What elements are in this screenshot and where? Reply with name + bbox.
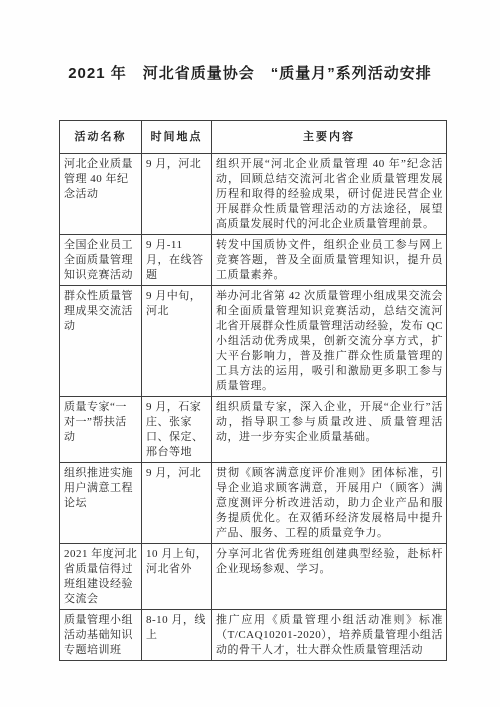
main-content-cell: 分享河北省优秀班组创建典型经验，赴标杆企业现场参观、学习。 (212, 544, 447, 610)
table-row: 质量专家“一对一”帮扶活动 9 月，石家庄、张家口、保定、邢台等地 组织质量专家… (60, 397, 447, 463)
activities-table: 活动名称 时间地点 主要内容 河北企业质量管理 40 年纪念活动 9 月，河北 … (59, 120, 447, 661)
main-content-cell: 举办河北省第 42 次质量管理小组成果交流会和全面质量管理知识竞赛活动，总结交流… (212, 286, 447, 397)
table-row: 河北企业质量管理 40 年纪念活动 9 月，河北 组织开展“河北企业质量管理 4… (60, 154, 447, 235)
time-place-cell: 9 月，石家庄、张家口、保定、邢台等地 (142, 397, 212, 463)
time-place-cell: 8-10 月，线上 (142, 610, 212, 661)
table-header-row: 活动名称 时间地点 主要内容 (60, 121, 447, 154)
column-header-main-content: 主要内容 (212, 121, 447, 154)
table-row: 组织推进实施用户满意工程论坛 9 月，河北 贯彻《顾客满意度评价准则》团体标准，… (60, 463, 447, 544)
column-header-activity-name: 活动名称 (60, 121, 142, 154)
time-place-cell: 9 月中旬，河北 (142, 286, 212, 397)
table-row: 全国企业员工全面质量管理知识竞赛活动 9 月-11 月，在线答题 转发中国质协文… (60, 235, 447, 286)
table-row: 质量管理小组活动基础知识专题培训班 8-10 月，线上 推广应用《质量管理小组活… (60, 610, 447, 661)
activity-name-cell: 群众性质量管理成果交流活动 (60, 286, 142, 397)
table-row: 2021 年度河北省质量信得过班组建设经验交流会 10 月上旬，河北省外 分享河… (60, 544, 447, 610)
activity-name-cell: 组织推进实施用户满意工程论坛 (60, 463, 142, 544)
main-content-cell: 组织质量专家，深入企业，开展“企业行”活动，指导职工参与质量改进、质量管理活动，… (212, 397, 447, 463)
activity-name-cell: 2021 年度河北省质量信得过班组建设经验交流会 (60, 544, 142, 610)
time-place-cell: 9 月-11 月，在线答题 (142, 235, 212, 286)
main-content-cell: 转发中国质协文件，组织企业员工参与网上竞赛答题，普及全面质量管理知识，提升员工质… (212, 235, 447, 286)
activity-name-cell: 质量专家“一对一”帮扶活动 (60, 397, 142, 463)
activity-name-cell: 全国企业员工全面质量管理知识竞赛活动 (60, 235, 142, 286)
main-content-cell: 推广应用《质量管理小组活动准则》标准（T/CAQ10201-2020），培养质量… (212, 610, 447, 661)
activity-name-cell: 河北企业质量管理 40 年纪念活动 (60, 154, 142, 235)
main-content-cell: 组织开展“河北企业质量管理 40 年”纪念活动，回顾总结交流河北省企业质量管理发… (212, 154, 447, 235)
activity-name-cell: 质量管理小组活动基础知识专题培训班 (60, 610, 142, 661)
time-place-cell: 10 月上旬，河北省外 (142, 544, 212, 610)
main-content-cell: 贯彻《顾客满意度评价准则》团体标准，引导企业追求顾客满意，开展用户（顾客）满意度… (212, 463, 447, 544)
table-row: 群众性质量管理成果交流活动 9 月中旬，河北 举办河北省第 42 次质量管理小组… (60, 286, 447, 397)
page-title: 2021 年 河北省质量协会 “质量月”系列活动安排 (0, 62, 500, 83)
time-place-cell: 9 月，河北 (142, 154, 212, 235)
column-header-time-place: 时间地点 (142, 121, 212, 154)
time-place-cell: 9 月，河北 (142, 463, 212, 544)
document-page: 2021 年 河北省质量协会 “质量月”系列活动安排 活动名称 时间地点 主要内… (0, 62, 500, 661)
